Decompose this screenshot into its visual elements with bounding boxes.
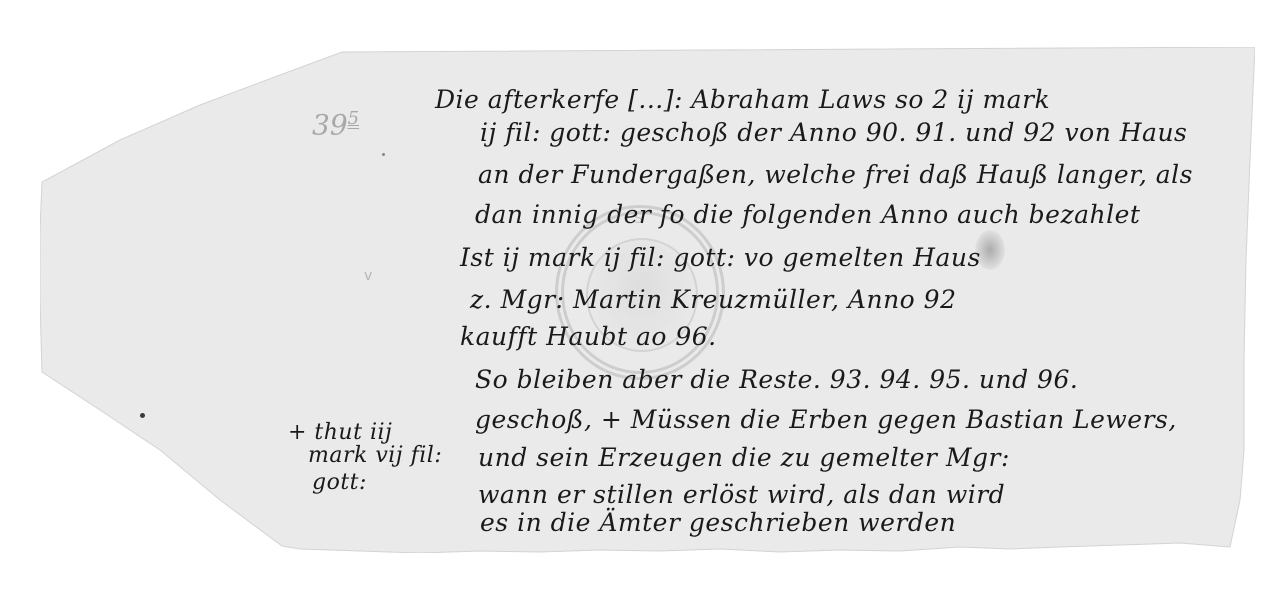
text-line-10: und sein Erzeugen die zu gemelter Mgr: [478, 443, 1010, 473]
margin-line-3: gott: [312, 470, 367, 496]
folio-number-text: 39 [312, 108, 348, 141]
text-line-4: dan innig der fo die folgenden Anno auch… [475, 200, 1140, 230]
pencil-mark: v [364, 268, 372, 284]
text-line-11: wann er stillen erlöst wird, als dan wir… [478, 480, 1005, 510]
folio-suffix: 5 [348, 108, 359, 129]
ink-dot [140, 413, 145, 418]
text-line-3: an der Fundergaßen, welche frei daß Hauß… [478, 160, 1193, 190]
folio-number: 395 [312, 108, 359, 141]
text-line-9: geschoß, + Müssen die Erben gegen Bastia… [475, 405, 1177, 435]
text-line-8: So bleiben aber die Reste. 93. 94. 95. u… [475, 365, 1078, 395]
text-line-12: es in die Ämter geschrieben werden [480, 508, 956, 538]
text-line-2: ij fil: gott: geschoß der Anno 90. 91. u… [480, 118, 1187, 148]
text-line-5: Ist ij mark ij fil: gott: vo gemelten Ha… [460, 243, 981, 273]
margin-line-2: mark vij fil: [308, 443, 442, 469]
document-viewer: 395 v S Die afterkerfe [...]: Abraham La… [0, 0, 1276, 599]
ink-dot [382, 153, 385, 156]
text-line-1: Die afterkerfe [...]: Abraham Laws so 2 … [435, 85, 1050, 115]
text-line-6: z. Mgr: Martin Kreuzmüller, Anno 92 [470, 285, 956, 315]
text-line-7: kaufft Haubt ao 96. [460, 322, 717, 352]
